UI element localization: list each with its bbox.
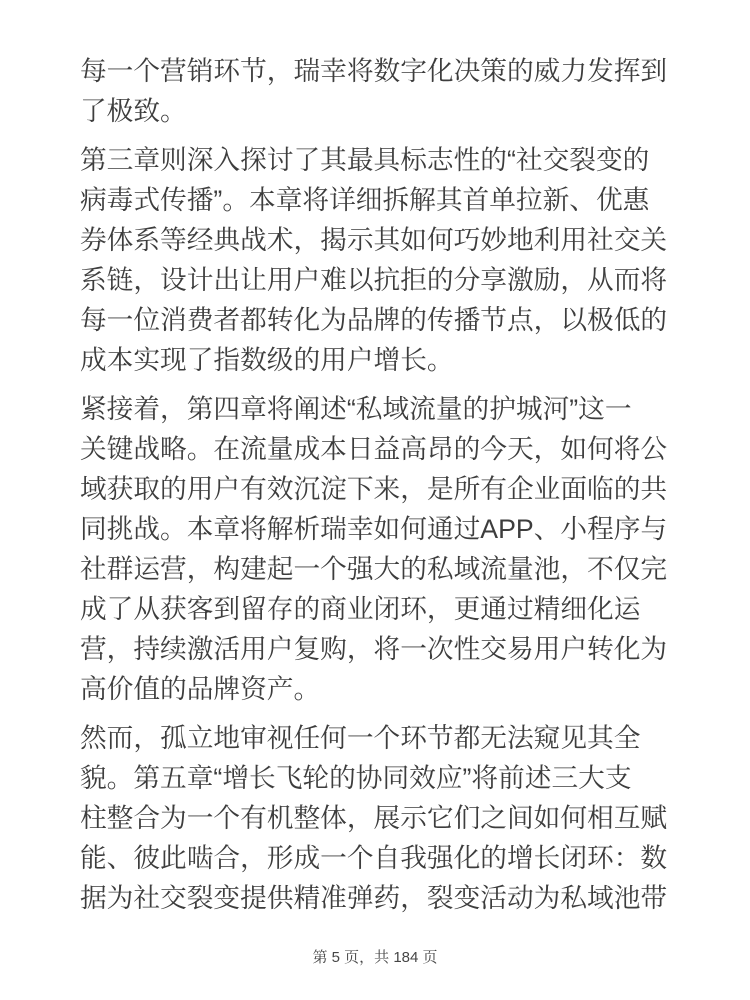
body-paragraph: 紧接着，第四章将阐述“私域流量的护城河”这一 关键战略。在流量成本日益高昂的今天… xyxy=(80,389,705,709)
document-page: 每一个营销环节，瑞幸将数字化决策的威力发挥到 了极致。 第三章则深入探讨了其最具… xyxy=(0,0,750,1000)
page-number-indicator: 第 5 页，共 184 页 xyxy=(0,948,750,968)
document-body: 每一个营销环节，瑞幸将数字化决策的威力发挥到 了极致。 第三章则深入探讨了其最具… xyxy=(80,51,705,927)
body-paragraph: 第三章则深入探讨了其最具标志性的“社交裂变的 病毒式传播”。本章将详细拆解其首单… xyxy=(80,140,705,380)
body-paragraph: 每一个营销环节，瑞幸将数字化决策的威力发挥到 了极致。 xyxy=(80,51,705,131)
body-paragraph: 然而，孤立地审视任何一个环节都无法窥见其全 貌。第五章“增长飞轮的协同效应”将前… xyxy=(80,718,705,918)
